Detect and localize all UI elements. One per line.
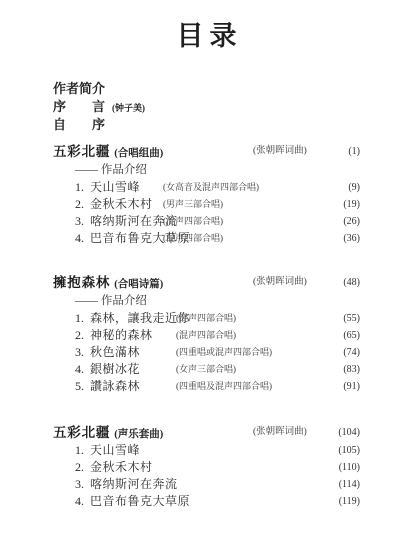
page-number: (1) [348, 142, 360, 161]
item-title: 讚詠森林 [90, 378, 140, 395]
item-title: 金秋禾木村 [90, 196, 153, 213]
front-matter-label: 作者简介 [53, 81, 105, 96]
page-number: (9) [348, 179, 360, 196]
page-number: (119) [339, 493, 360, 510]
page-number: (48) [343, 273, 360, 292]
section-header: 五彩北疆(合唱组曲) (张朝晖词曲) (1) [53, 142, 360, 161]
page-number: (110) [339, 459, 360, 476]
page-number: (83) [343, 361, 360, 378]
voice-type: (混声四部合唱) [176, 310, 236, 327]
composer-credit: (张朝晖词曲) [253, 273, 307, 292]
item-number: 1. [75, 179, 84, 196]
front-matter-row-preface: 序 言(钟子美) [53, 98, 360, 116]
item-number: 3. [75, 213, 84, 230]
item-title: 天山雪峰 [90, 442, 140, 459]
section-title: 五彩北疆 [53, 425, 110, 440]
front-matter-label: 序 言 [53, 99, 105, 114]
toc-item: 3. 秋色滿林 (四重唱或混声四部合唱) (74) [53, 344, 360, 361]
voice-type: (四重唱或混声四部合唱) [176, 344, 272, 361]
item-number: 4. [75, 230, 84, 247]
page-number: (19) [343, 196, 360, 213]
item-number: 2. [75, 196, 84, 213]
toc-section-choral-poems: 擁抱森林(合唱诗篇) (张朝晖词曲) (48) —— 作品介绍 1. 森林，讓我… [53, 273, 360, 395]
item-title: 銀樹冰花 [90, 361, 140, 378]
voice-type: (混声四部合唱) [176, 327, 236, 344]
page-number: (65) [343, 327, 360, 344]
voice-type: (女高音及混声四部合唱) [163, 179, 259, 196]
item-number: 1. [75, 442, 84, 459]
item-title: 天山雪峰 [90, 179, 140, 196]
composer-credit: (张朝晖词曲) [253, 423, 307, 442]
intro-label: —— 作品介绍 [75, 295, 147, 307]
toc-item: 1. 森林，讓我走近你 (混声四部合唱) (55) [53, 310, 360, 327]
item-number: 5. [75, 378, 84, 395]
section-header: 擁抱森林(合唱诗篇) (张朝晖词曲) (48) [53, 273, 360, 292]
voice-type: (混声四部合唱) [163, 213, 223, 230]
toc-item: 4. 銀樹冰花 (女声三部合唱) (83) [53, 361, 360, 378]
toc-item: 2. 金秋禾木村 (男声三部合唱) (19) [53, 196, 360, 213]
page-number: (36) [343, 230, 360, 247]
item-number: 2. [75, 459, 84, 476]
voice-type: (女声三部合唱) [176, 361, 236, 378]
item-title: 秋色滿林 [90, 344, 140, 361]
section-subtitle: (合唱诗篇) [114, 279, 163, 290]
front-matter-row-self-preface: 自 序 [53, 116, 360, 134]
toc-item: 1. 天山雪峰 (女高音及混声四部合唱) (9) [53, 179, 360, 196]
page-number: (104) [338, 423, 360, 442]
toc-item: 2. 金秋禾木村 (110) [53, 459, 360, 476]
toc-section-vocal-cycle: 五彩北疆(声乐套曲) (张朝晖词曲) (104) 1. 天山雪峰 (105) 2… [53, 423, 360, 510]
toc-item: 3. 喀纳斯河在奔流 (114) [53, 476, 360, 493]
page-number: (74) [343, 344, 360, 361]
page-number: (26) [343, 213, 360, 230]
item-number: 4. [75, 493, 84, 510]
section-header: 五彩北疆(声乐套曲) (张朝晖词曲) (104) [53, 423, 360, 442]
front-matter-row-author-intro: 作者简介 [53, 80, 360, 98]
intro-row: —— 作品介绍 [53, 292, 360, 310]
section-title: 擁抱森林 [53, 275, 110, 290]
item-title: 金秋禾木村 [90, 459, 153, 476]
toc-page: 目录 作者简介 序 言(钟子美) 自 序 五彩北疆(合唱组曲) (张朝晖词曲) … [0, 0, 412, 550]
voice-type: (男声三部合唱) [163, 196, 223, 213]
toc-item: 4. 巴音布鲁克大草原 (119) [53, 493, 360, 510]
page-number: (55) [343, 310, 360, 327]
front-matter: 作者简介 序 言(钟子美) 自 序 [53, 80, 360, 134]
item-title: 神秘的森林 [90, 327, 153, 344]
item-title: 森林，讓我走近你 [90, 310, 190, 327]
toc-item: 5. 讚詠森林 (四重唱及混声四部合唱) (91) [53, 378, 360, 395]
page-number: (114) [339, 476, 360, 493]
page-title: 目录 [53, 0, 360, 52]
item-title: 喀纳斯河在奔流 [90, 476, 178, 493]
preface-author-note: (钟子美) [112, 103, 145, 113]
item-number: 3. [75, 476, 84, 493]
toc-item: 2. 神秘的森林 (混声四部合唱) (65) [53, 327, 360, 344]
page-number: (105) [338, 442, 360, 459]
section-subtitle: (声乐套曲) [114, 429, 163, 440]
toc-item: 1. 天山雪峰 (105) [53, 442, 360, 459]
front-matter-label: 自 序 [53, 117, 105, 132]
toc-item: 3. 喀纳斯河在奔流 (混声四部合唱) (26) [53, 213, 360, 230]
section-title: 五彩北疆 [53, 144, 110, 159]
item-number: 4. [75, 361, 84, 378]
voice-type: (四重唱及混声四部合唱) [176, 378, 272, 395]
toc-item: 4. 巴音布鲁克大草原 (混声四部合唱) (36) [53, 230, 360, 247]
item-number: 3. [75, 344, 84, 361]
item-number: 2. [75, 327, 84, 344]
composer-credit: (张朝晖词曲) [253, 142, 307, 161]
intro-row: —— 作品介绍 [53, 161, 360, 179]
item-number: 1. [75, 310, 84, 327]
toc-section-choral-suite: 五彩北疆(合唱组曲) (张朝晖词曲) (1) —— 作品介绍 1. 天山雪峰 (… [53, 142, 360, 247]
voice-type: (混声四部合唱) [163, 230, 223, 247]
section-subtitle: (合唱组曲) [114, 148, 163, 159]
intro-label: —— 作品介绍 [75, 164, 147, 176]
page-number: (91) [343, 378, 360, 395]
item-title: 巴音布鲁克大草原 [90, 493, 190, 510]
